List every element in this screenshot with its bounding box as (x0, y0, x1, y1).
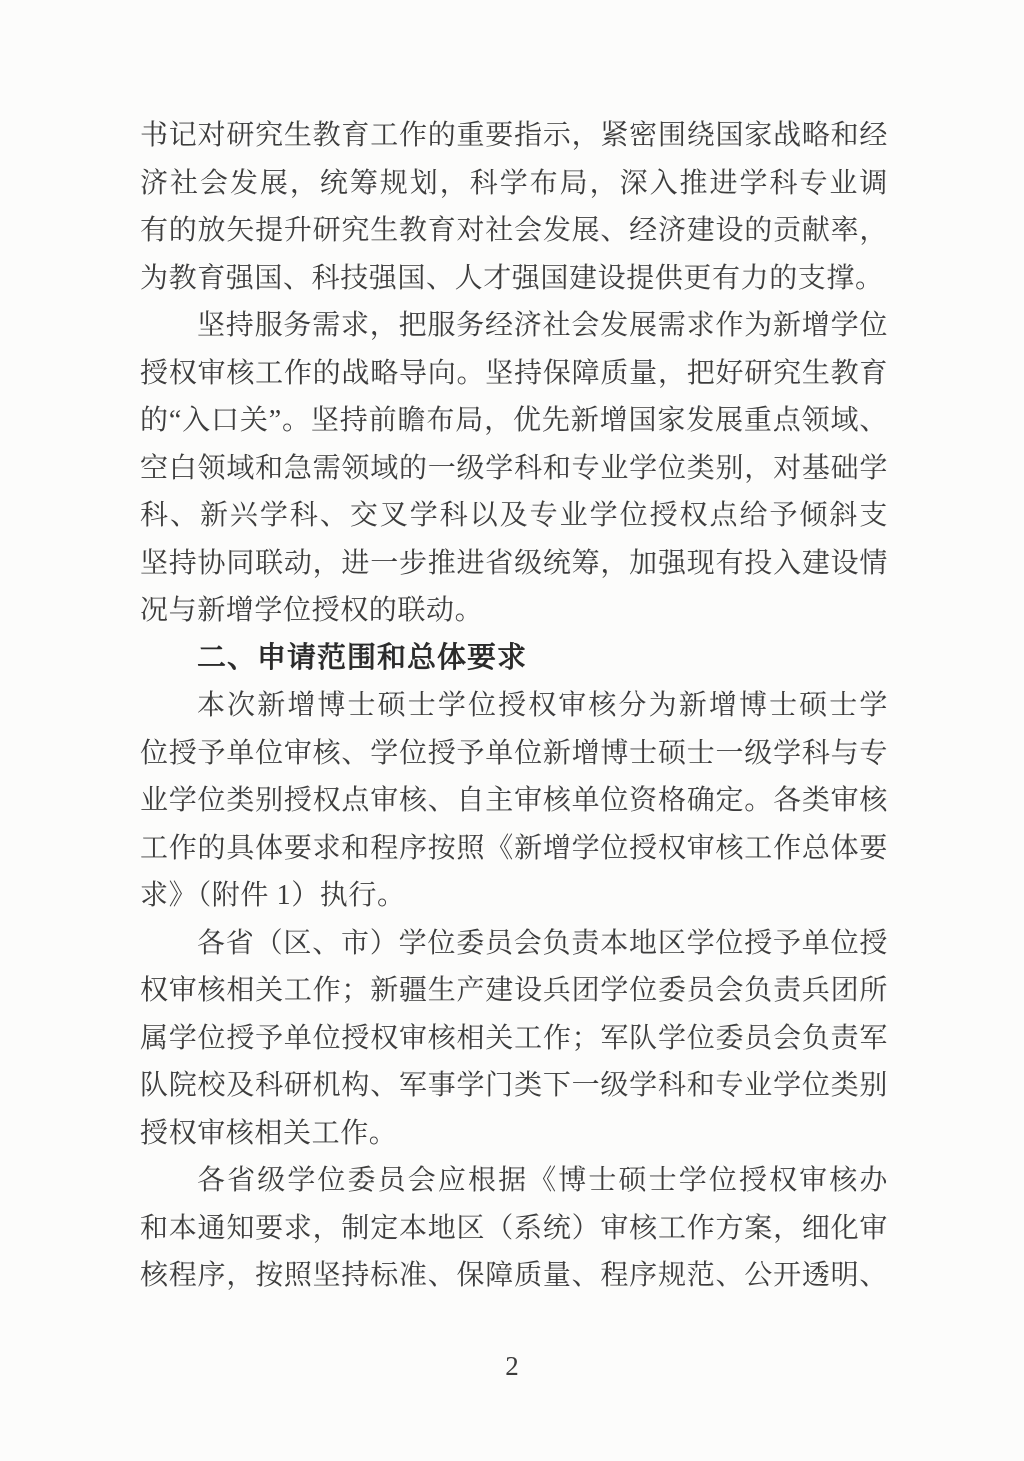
text-line: 科、新兴学科、交叉学科以及专业学位授权点给予倾斜支持。 (140, 492, 888, 540)
paragraph: 本次新增博士硕士学位授权审核分为新增博士硕士学位授予单位审核、学位授予单位新增博… (140, 682, 888, 920)
text-line: 书记对研究生教育工作的重要指示，紧密围绕国家战略和经 (140, 112, 888, 160)
text-line: 工作的具体要求和程序按照《新增学位授权审核工作总体要 (140, 825, 888, 873)
text-line: 坚持协同联动，进一步推进省级统筹，加强现有投入建设情 (140, 540, 888, 588)
text-line: 为教育强国、科技强国、人才强国建设提供更有力的支撑。 (140, 255, 888, 303)
text-line: 授权审核相关工作。 (140, 1110, 888, 1158)
paragraph: 坚持服务需求，把服务经济社会发展需求作为新增学位授权审核工作的战略导向。坚持保障… (140, 302, 888, 635)
text-line: 核程序，按照坚持标准、保障质量、程序规范、公开透明、 (140, 1252, 888, 1300)
paragraph: 各省级学位委员会应根据《博士硕士学位授权审核办法》和本通知要求，制定本地区（系统… (140, 1157, 888, 1300)
document-body: 书记对研究生教育工作的重要指示，紧密围绕国家战略和经济社会发展，统筹规划，科学布… (140, 112, 888, 1300)
text-line: 况与新增学位授权的联动。 (140, 587, 888, 635)
text-line: 空白领域和急需领域的一级学科和专业学位类别，对基础学 (140, 445, 888, 493)
text-line: 业学位类别授权点审核、自主审核单位资格确定。各类审核 (140, 777, 888, 825)
paragraph: 各省（区、市）学位委员会负责本地区学位授予单位授权审核相关工作；新疆生产建设兵团… (140, 920, 888, 1158)
paragraph: 书记对研究生教育工作的重要指示，紧密围绕国家战略和经济社会发展，统筹规划，科学布… (140, 112, 888, 302)
text-line: 济社会发展，统筹规划，科学布局，深入推进学科专业调整， (140, 160, 888, 208)
text-line: 和本通知要求，制定本地区（系统）审核工作方案，细化审 (140, 1205, 888, 1253)
text-line: 求》（附件 1）执行。 (140, 872, 888, 920)
section-heading: 二、申请范围和总体要求 (140, 635, 888, 683)
text-line: 各省级学位委员会应根据《博士硕士学位授权审核办法》 (140, 1157, 888, 1205)
text-line: 授权审核工作的战略导向。坚持保障质量，把好研究生教育 (140, 350, 888, 398)
page-number: 2 (0, 1346, 1024, 1386)
text-line: 有的放矢提升研究生教育对社会发展、经济建设的贡献率， (140, 207, 888, 255)
text-line: 坚持服务需求，把服务经济社会发展需求作为新增学位 (140, 302, 888, 350)
text-line: 的“入口关”。坚持前瞻布局，优先新增国家发展重点领域、 (140, 397, 888, 445)
text-line: 属学位授予单位授权审核相关工作；军队学位委员会负责军 (140, 1015, 888, 1063)
text-line: 本次新增博士硕士学位授权审核分为新增博士硕士学 (140, 682, 888, 730)
text-line: 各省（区、市）学位委员会负责本地区学位授予单位授 (140, 920, 888, 968)
document-page: 书记对研究生教育工作的重要指示，紧密围绕国家战略和经济社会发展，统筹规划，科学布… (0, 0, 1024, 1461)
text-line: 位授予单位审核、学位授予单位新增博士硕士一级学科与专 (140, 730, 888, 778)
text-line: 权审核相关工作；新疆生产建设兵团学位委员会负责兵团所 (140, 967, 888, 1015)
text-line: 队院校及科研机构、军事学门类下一级学科和专业学位类别 (140, 1062, 888, 1110)
